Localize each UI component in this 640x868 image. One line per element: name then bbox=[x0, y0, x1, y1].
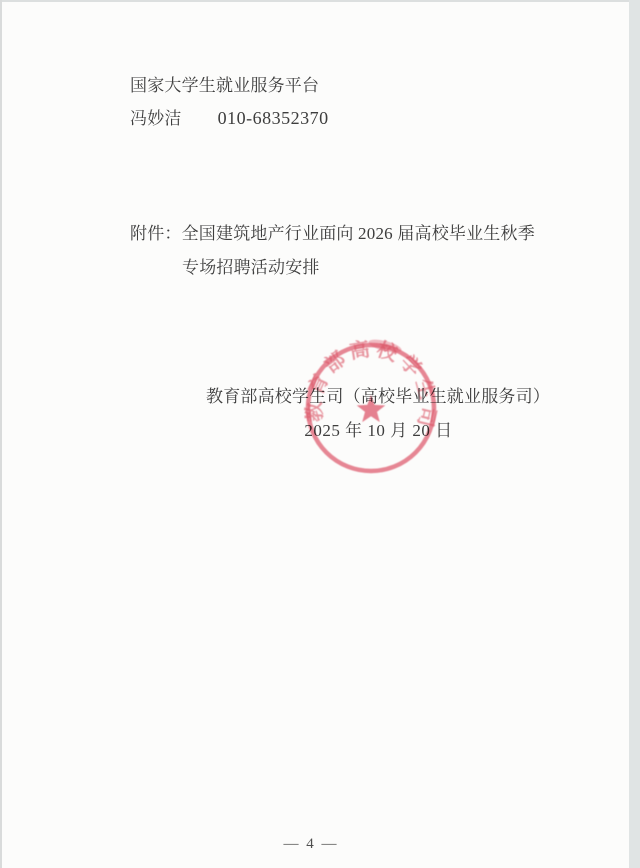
date-text: 2025 年 10 月 20 日 bbox=[304, 421, 452, 440]
scan-edge-left bbox=[0, 0, 2, 868]
attachment-title-line1: 附件：全国建筑地产行业面向 2026 届高校毕业生秋季 bbox=[130, 223, 535, 245]
seal-arc-text: 教育部高校学生司 bbox=[301, 336, 440, 433]
attachment-title-text-2: 专场招聘活动安排 bbox=[182, 258, 320, 277]
contact-phone-text: 010-68352370 bbox=[218, 108, 329, 128]
scan-edge-right bbox=[629, 0, 640, 868]
contact-line: 冯妙洁010-68352370 bbox=[130, 107, 329, 130]
attachment-label: 附件： bbox=[130, 224, 182, 243]
date-line: 2025 年 10 月 20 日 bbox=[206, 420, 551, 442]
issuer-line: 教育部高校学生司（高校毕业生就业服务司） bbox=[206, 386, 550, 408]
scanned-document-page: { "document": { "contact_block": { "plat… bbox=[0, 0, 640, 868]
seal-ring bbox=[308, 345, 434, 471]
seal-arc-text-container: 教育部高校学生司 bbox=[301, 336, 440, 433]
contact-name-text: 冯妙洁 bbox=[130, 109, 182, 128]
page-number: — 4 — bbox=[0, 836, 622, 853]
attachment-title-text-1: 全国建筑地产行业面向 2026 届高校毕业生秋季 bbox=[182, 224, 535, 243]
scan-edge-top bbox=[0, 0, 640, 2]
attachment-title-line2: 专场招聘活动安排 bbox=[182, 257, 320, 279]
issuer-text: 教育部高校学生司（高校毕业生就业服务司） bbox=[206, 387, 550, 406]
platform-name-text: 国家大学生就业服务平台 bbox=[130, 76, 319, 95]
seal-ink-smudge bbox=[367, 337, 402, 355]
page-number-text: — 4 — bbox=[284, 836, 339, 852]
platform-name-line: 国家大学生就业服务平台 bbox=[130, 75, 319, 97]
